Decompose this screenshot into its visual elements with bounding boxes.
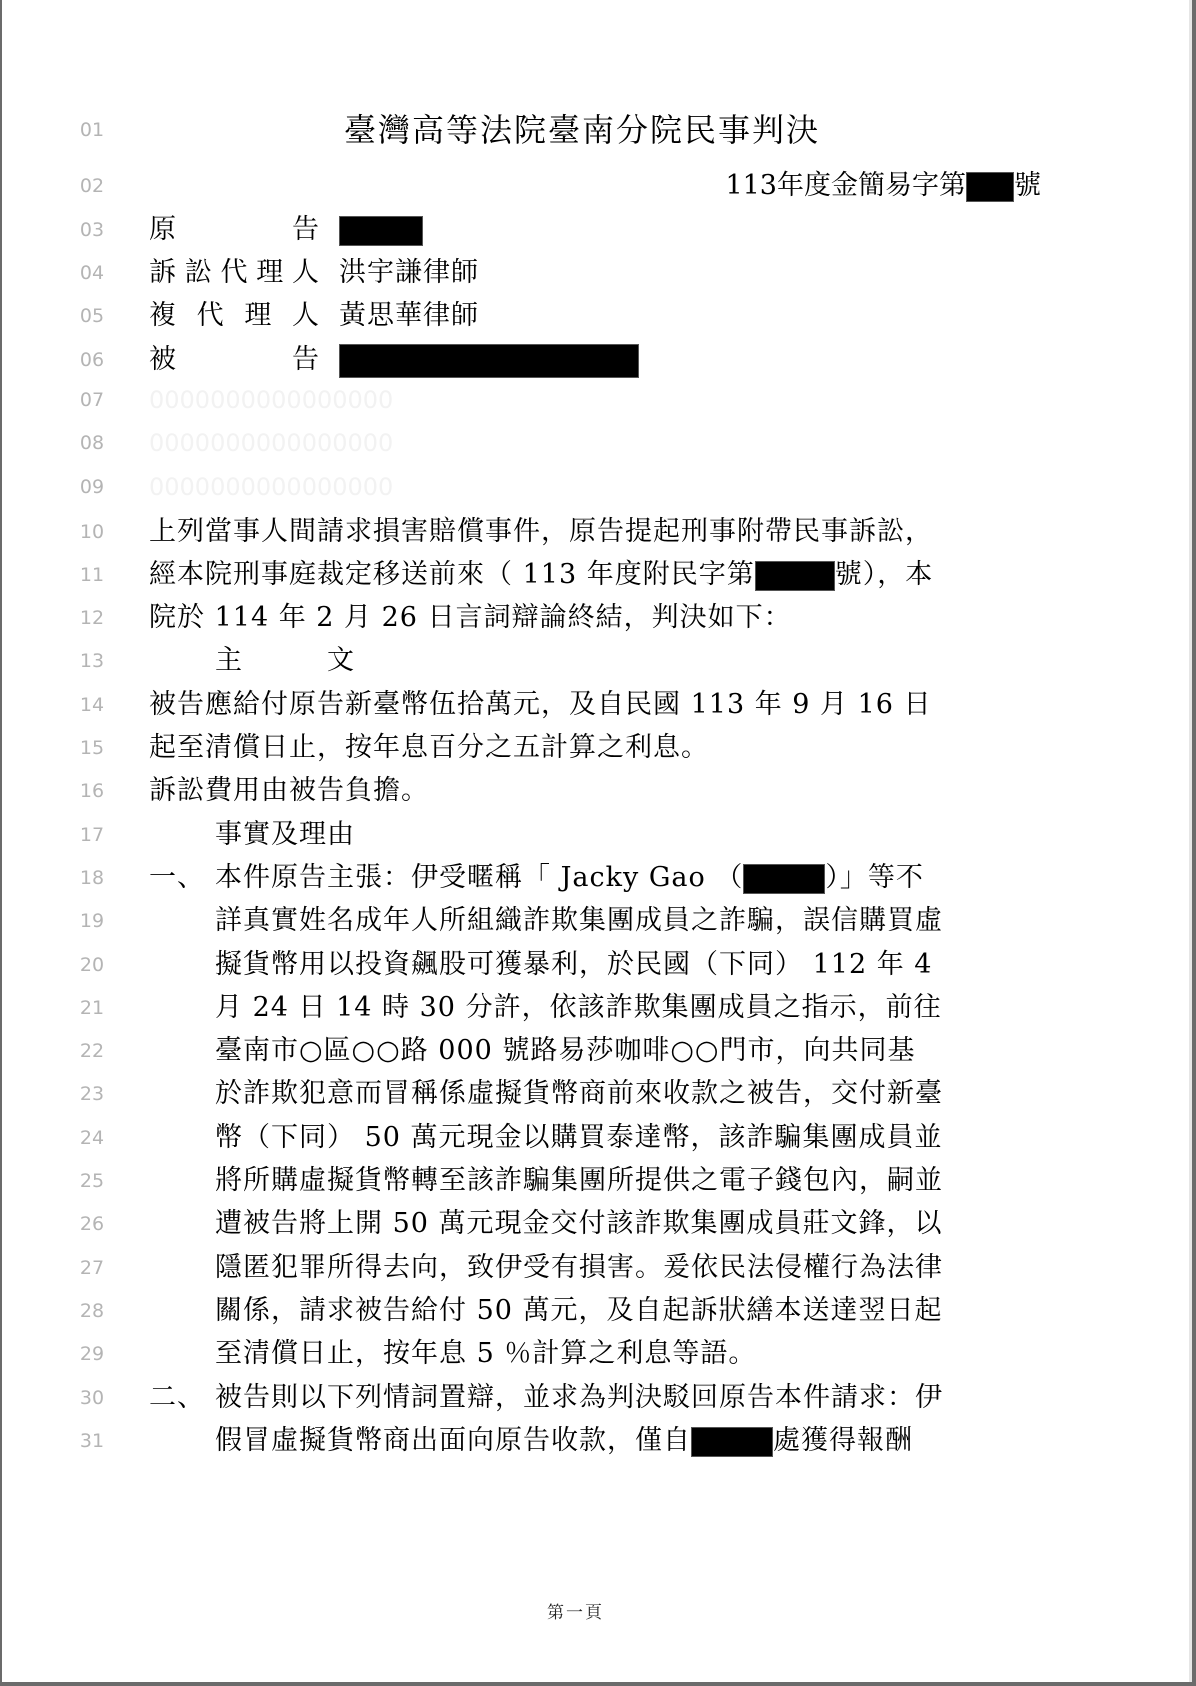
line-number: 20: [72, 945, 112, 985]
line-21: 21 月 24 日 14 時 30 分許，依該詐欺集團成員之指示，前往: [2, 988, 1196, 1028]
line-07: 07 0000000000000000: [2, 380, 1196, 420]
party-label-plaintiff: 原 告: [149, 210, 319, 250]
text-segment: 本件原告主張：伊受暱稱「 Jacky Gao （: [215, 862, 743, 893]
party-value-defendant: [339, 340, 639, 380]
line-number: 27: [72, 1248, 112, 1288]
line-number: 03: [72, 210, 112, 250]
intro-text: 院於 114 年 2 月 26 日言詞辯論終結，判決如下：: [149, 598, 792, 638]
line-number: 05: [72, 296, 112, 336]
line-number: 16: [72, 771, 112, 811]
line-08: 08 0000000000000000: [2, 423, 1196, 463]
line-16: 16 訴訟費用由被告負擔。: [2, 771, 1196, 811]
label-char: 人: [292, 253, 319, 293]
label-char: 代: [197, 296, 224, 336]
label-char: 原: [149, 210, 176, 250]
line-number: 09: [72, 467, 112, 507]
line-number: 18: [72, 858, 112, 898]
section-heading-facts: 事實及理由: [215, 815, 355, 855]
line-11: 11 經本院刑事庭裁定移送前來（ 113 年度附民字第號），本: [2, 555, 1196, 595]
line-number: 21: [72, 988, 112, 1028]
line-number: 02: [72, 166, 112, 206]
line-number: 07: [72, 380, 112, 420]
line-number: 04: [72, 253, 112, 293]
line-number: 30: [72, 1378, 112, 1418]
party-value-plaintiff: [339, 210, 423, 250]
section-heading-main: 主 文: [215, 641, 355, 681]
facts-text: 關係，請求被告給付 50 萬元，及自起訴狀繕本送達翌日起: [215, 1291, 943, 1331]
line-number: 19: [72, 901, 112, 941]
line-28: 28 關係，請求被告給付 50 萬元，及自起訴狀繕本送達翌日起: [2, 1291, 1196, 1331]
line-number: 26: [72, 1204, 112, 1244]
intro-text: 上列當事人間請求損害賠償事件，原告提起刑事附帶民事訴訟，: [149, 512, 933, 552]
line-number: 24: [72, 1118, 112, 1158]
line-05: 05 複 代 理 人 黃思華律師: [2, 296, 1196, 336]
facts-text: 臺南市○區○○路 000 號路易莎咖啡○○門市，向共同基: [215, 1031, 916, 1071]
line-22: 22 臺南市○區○○路 000 號路易莎咖啡○○門市，向共同基: [2, 1031, 1196, 1071]
line-03: 03 原 告: [2, 210, 1196, 250]
label-char: 代: [221, 253, 248, 293]
line-29: 29 至清償日止，按年息 5 ％計算之利息等語。: [2, 1334, 1196, 1374]
page-footer: 第一頁: [2, 1598, 1149, 1623]
case-number-prefix: 113年度金簡易字第: [725, 170, 966, 201]
redaction-block: [339, 344, 639, 378]
label-char: 理: [256, 253, 283, 293]
main-text: 起至清償日止，按年息百分之五計算之利息。: [149, 728, 709, 768]
label-char: 訴: [149, 253, 176, 293]
line-04: 04 訴 訟 代 理 人 洪宇謙律師: [2, 253, 1196, 293]
facts-text: 詳真實姓名成年人所組織詐欺集團成員之詐騙，誤信購買虛: [215, 901, 943, 941]
line-17: 17 事實及理由: [2, 815, 1196, 855]
facts-text: 於詐欺犯意而冒稱係虛擬貨幣商前來收款之被告，交付新臺: [215, 1074, 943, 1114]
party-value-sub-agent: 黃思華律師: [339, 296, 479, 336]
line-number: 06: [72, 340, 112, 380]
party-label-counsel: 訴 訟 代 理 人: [149, 253, 319, 293]
facts-text: 擬貨幣用以投資飆股可獲暴利，於民國（下同） 112 年 4: [215, 945, 932, 985]
label-char: 人: [292, 296, 319, 336]
main-text: 被告應給付原告新臺幣伍拾萬元，及自民國 113 年 9 月 16 日: [149, 685, 932, 725]
facts-text: 本件原告主張：伊受暱稱「 Jacky Gao （）」等不: [215, 858, 924, 898]
redaction-block: [743, 864, 825, 894]
facts-text: 隱匿犯罪所得去向，致伊受有損害。爰依民法侵權行為法律: [215, 1248, 943, 1288]
document-title: 臺灣高等法院臺南分院民事判決: [2, 110, 1162, 150]
text-segment: ）」等不: [825, 862, 924, 893]
line-24: 24 幣（下同） 50 萬元現金以購買泰達幣，該詐騙集團成員並: [2, 1118, 1196, 1158]
item-marker: 二、: [149, 1378, 205, 1418]
party-label-sub-agent: 複 代 理 人: [149, 296, 319, 336]
line-number: 14: [72, 685, 112, 725]
line-31: 31 假冒虛擬貨幣商出面向原告收款，僅自處獲得報酬: [2, 1421, 1196, 1461]
text-segment: 經本院刑事庭裁定移送前來（ 113 年度附民字第: [149, 559, 755, 590]
line-27: 27 隱匿犯罪所得去向，致伊受有損害。爰依民法侵權行為法律: [2, 1248, 1196, 1288]
party-value-counsel: 洪宇謙律師: [339, 253, 479, 293]
line-14: 14 被告應給付原告新臺幣伍拾萬元，及自民國 113 年 9 月 16 日: [2, 685, 1196, 725]
placeholder-text: 0000000000000000: [149, 380, 393, 420]
line-12: 12 院於 114 年 2 月 26 日言詞辯論終結，判決如下：: [2, 598, 1196, 638]
line-number: 31: [72, 1421, 112, 1461]
text-segment: 假冒虛擬貨幣商出面向原告收款，僅自: [215, 1425, 691, 1456]
facts-text: 將所購虛擬貨幣轉至該詐騙集團所提供之電子錢包內，嗣並: [215, 1161, 943, 1201]
line-number: 23: [72, 1074, 112, 1114]
redaction-block: [339, 216, 423, 246]
label-char: 告: [292, 210, 319, 250]
line-09: 09 0000000000000000: [2, 467, 1196, 507]
redaction-block: [755, 561, 835, 591]
line-number: 15: [72, 728, 112, 768]
placeholder-text: 0000000000000000: [149, 467, 393, 507]
label-char: 複: [149, 296, 176, 336]
facts-text: 假冒虛擬貨幣商出面向原告收款，僅自處獲得報酬: [215, 1421, 913, 1461]
redaction-block: [691, 1427, 773, 1457]
intro-text: 經本院刑事庭裁定移送前來（ 113 年度附民字第號），本: [149, 555, 933, 595]
label-char: 訟: [185, 253, 212, 293]
facts-text: 幣（下同） 50 萬元現金以購買泰達幣，該詐騙集團成員並: [215, 1118, 943, 1158]
label-char: 理: [244, 296, 271, 336]
line-25: 25 將所購虛擬貨幣轉至該詐騙集團所提供之電子錢包內，嗣並: [2, 1161, 1196, 1201]
line-23: 23 於詐欺犯意而冒稱係虛擬貨幣商前來收款之被告，交付新臺: [2, 1074, 1196, 1114]
line-19: 19 詳真實姓名成年人所組織詐欺集團成員之詐騙，誤信購買虛: [2, 901, 1196, 941]
line-13: 13 主 文: [2, 641, 1196, 681]
facts-text: 至清償日止，按年息 5 ％計算之利息等語。: [215, 1334, 756, 1374]
line-number: 10: [72, 512, 112, 552]
line-number: 28: [72, 1291, 112, 1331]
text-segment: 處獲得報酬: [773, 1425, 913, 1456]
placeholder-text: 0000000000000000: [149, 423, 393, 463]
facts-text: 遭被告將上開 50 萬元現金交付該詐欺集團成員莊文鋒，以: [215, 1204, 943, 1244]
line-06: 06 被 告: [2, 340, 1196, 380]
line-number: 13: [72, 641, 112, 681]
line-20: 20 擬貨幣用以投資飆股可獲暴利，於民國（下同） 112 年 4: [2, 945, 1196, 985]
label-char: 告: [292, 340, 319, 380]
case-number: 113年度金簡易字第號: [725, 166, 1041, 206]
case-number-suffix: 號: [1014, 170, 1041, 201]
line-number: 12: [72, 598, 112, 638]
line-18: 18 一、 本件原告主張：伊受暱稱「 Jacky Gao （）」等不: [2, 858, 1196, 898]
label-char: 被: [149, 340, 176, 380]
line-15: 15 起至清償日止，按年息百分之五計算之利息。: [2, 728, 1196, 768]
line-number: 22: [72, 1031, 112, 1071]
document-page: 01 臺灣高等法院臺南分院民事判決 02 113年度金簡易字第號 03 原 告 …: [0, 0, 1196, 1686]
main-text: 訴訟費用由被告負擔。: [149, 771, 429, 811]
line-02: 02 113年度金簡易字第號: [2, 166, 1196, 206]
line-number: 29: [72, 1334, 112, 1374]
facts-text: 被告則以下列情詞置辯，並求為判決駁回原告本件請求：伊: [215, 1378, 943, 1418]
line-number: 11: [72, 555, 112, 595]
text-segment: 號），本: [835, 559, 934, 590]
item-marker: 一、: [149, 858, 205, 898]
line-number: 08: [72, 423, 112, 463]
line-01: 01 臺灣高等法院臺南分院民事判決: [2, 110, 1196, 150]
line-10: 10 上列當事人間請求損害賠償事件，原告提起刑事附帶民事訴訟，: [2, 512, 1196, 552]
line-number: 25: [72, 1161, 112, 1201]
line-30: 30 二、 被告則以下列情詞置辯，並求為判決駁回原告本件請求：伊: [2, 1378, 1196, 1418]
line-number: 17: [72, 815, 112, 855]
redaction-block: [966, 172, 1014, 202]
party-label-defendant: 被 告: [149, 340, 319, 380]
facts-text: 月 24 日 14 時 30 分許，依該詐欺集團成員之指示，前往: [215, 988, 942, 1028]
line-26: 26 遭被告將上開 50 萬元現金交付該詐欺集團成員莊文鋒，以: [2, 1204, 1196, 1244]
